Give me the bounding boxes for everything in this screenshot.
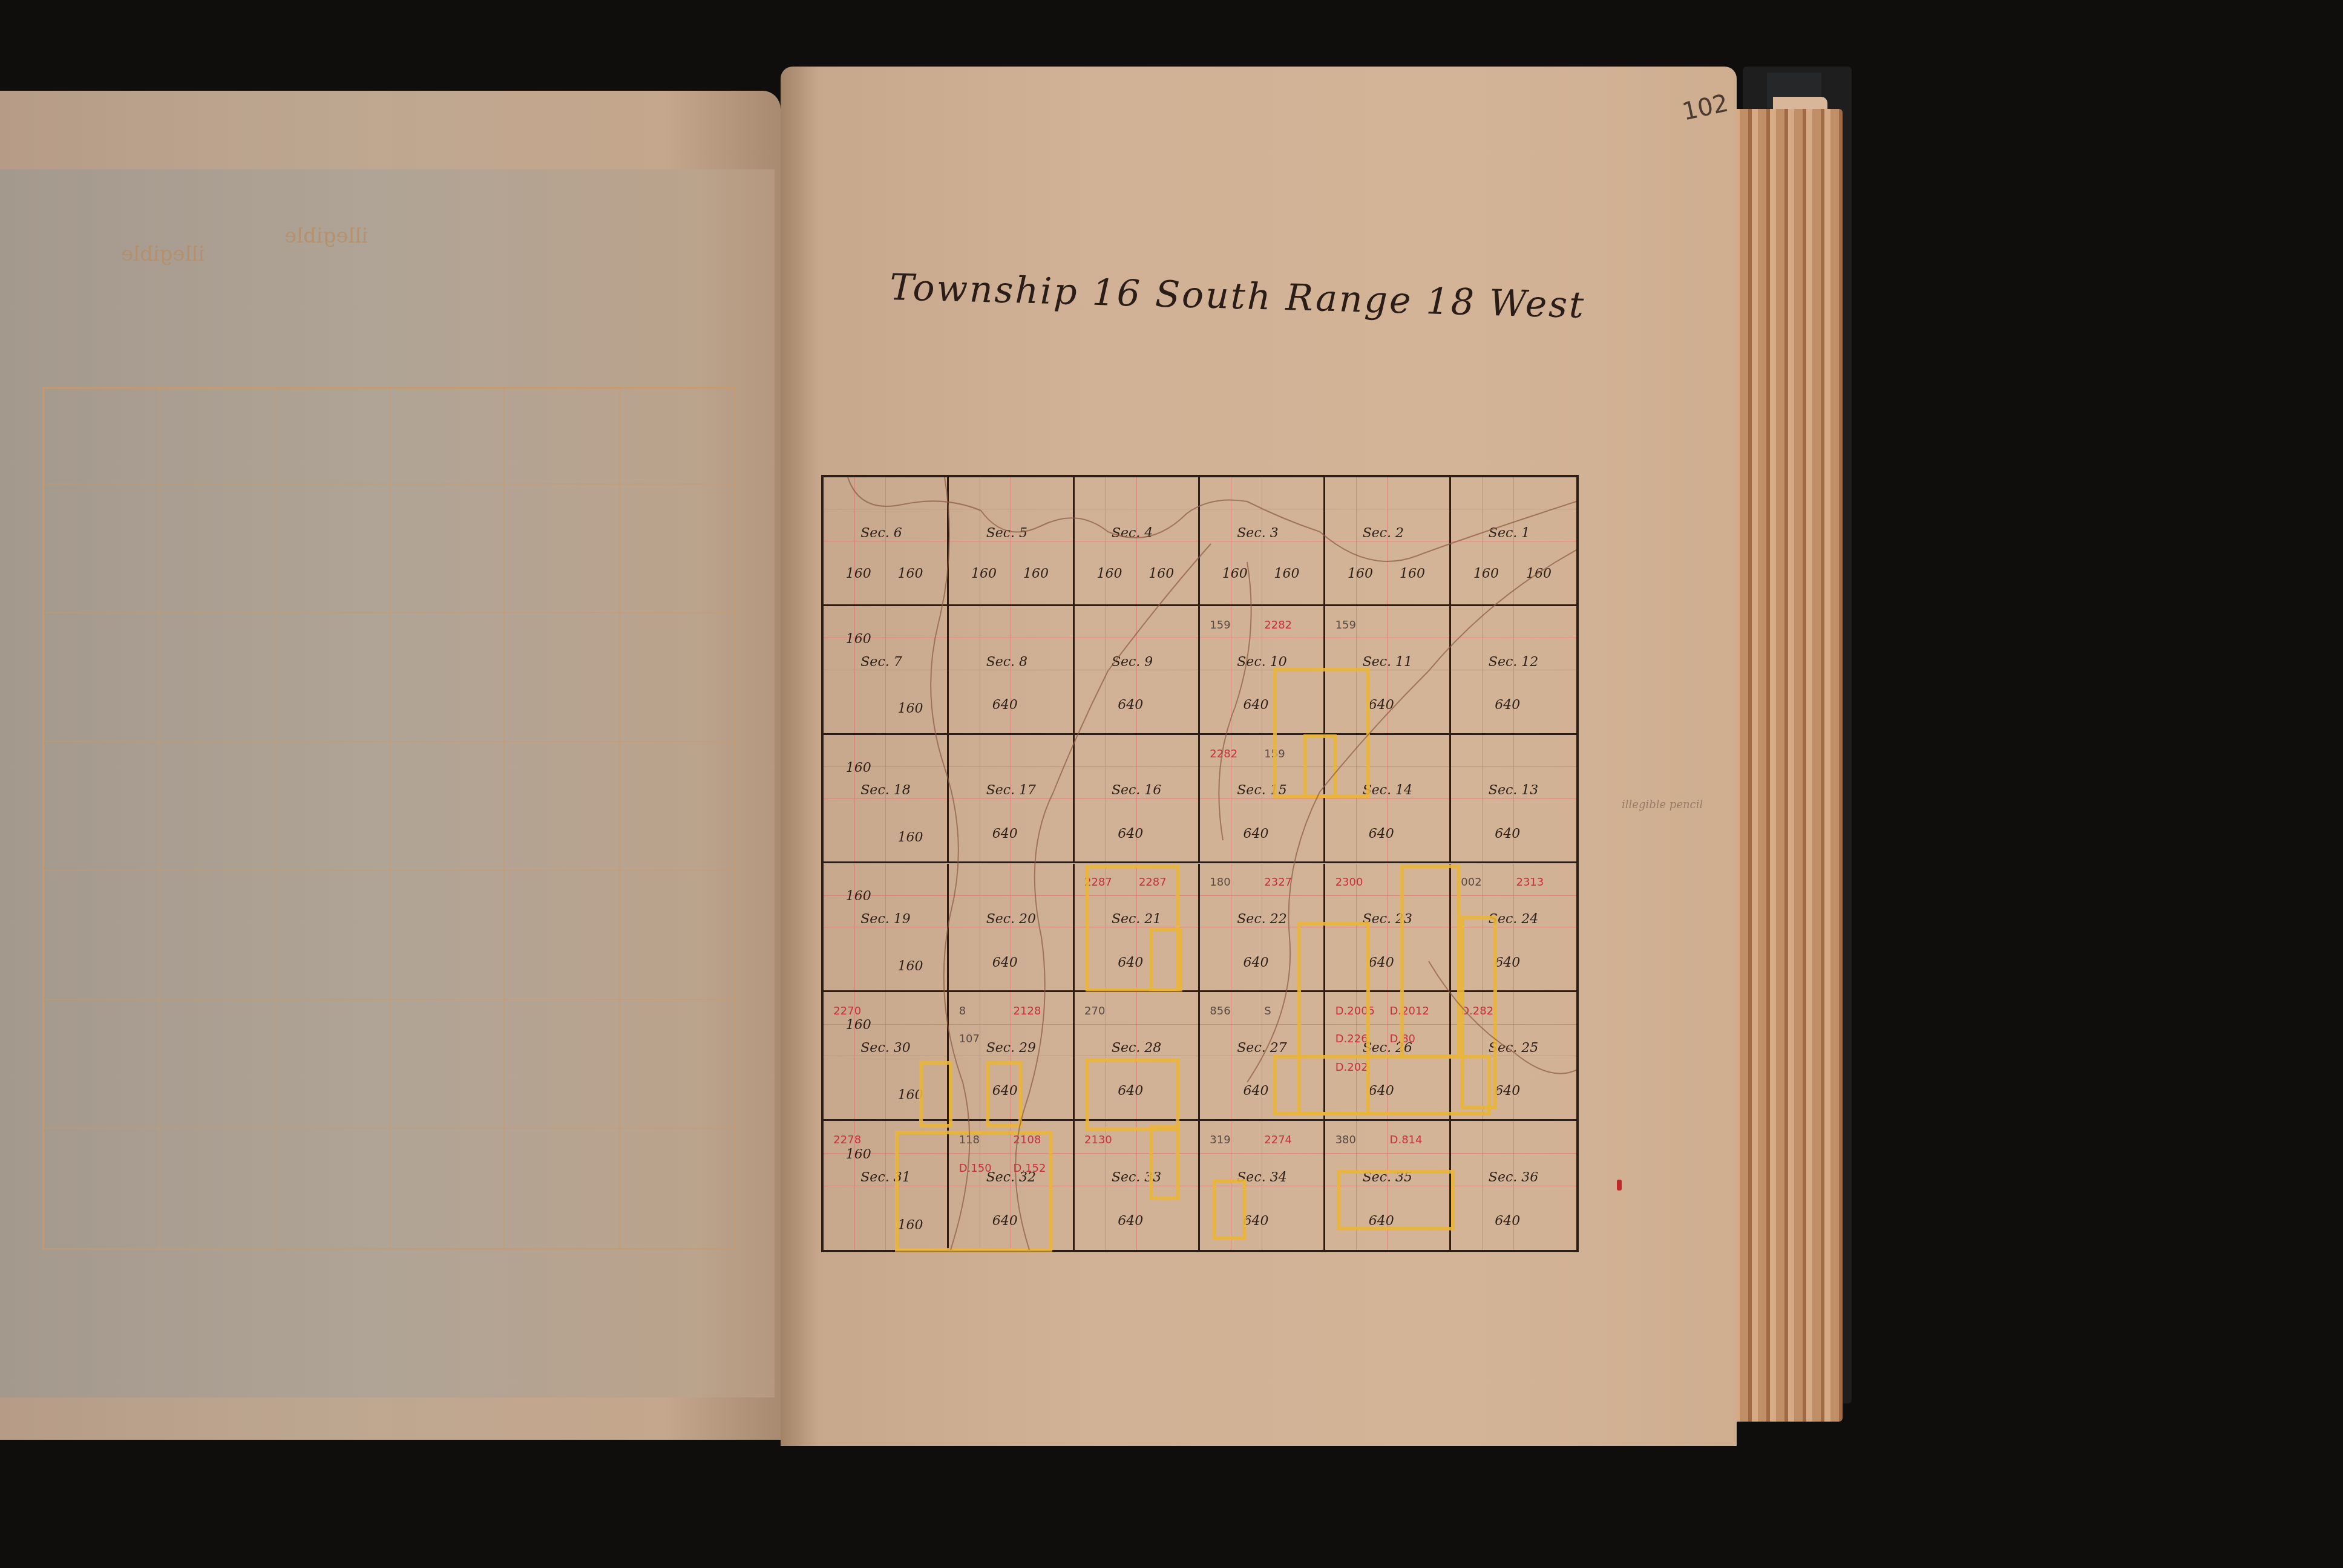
stream-lines <box>824 477 1576 1250</box>
left-page-empty-grid <box>42 387 736 1250</box>
bleed-through-text: illegible <box>284 224 368 248</box>
margin-pencil-note: illegible pencil <box>1622 799 1703 811</box>
township-plat-grid: Sec. 6160160Sec. 5160160Sec. 4160160Sec.… <box>821 475 1579 1252</box>
page-block-edges <box>1722 109 1843 1422</box>
red-ink-mark <box>1617 1180 1622 1191</box>
bleed-through-text: illegible <box>121 242 205 266</box>
